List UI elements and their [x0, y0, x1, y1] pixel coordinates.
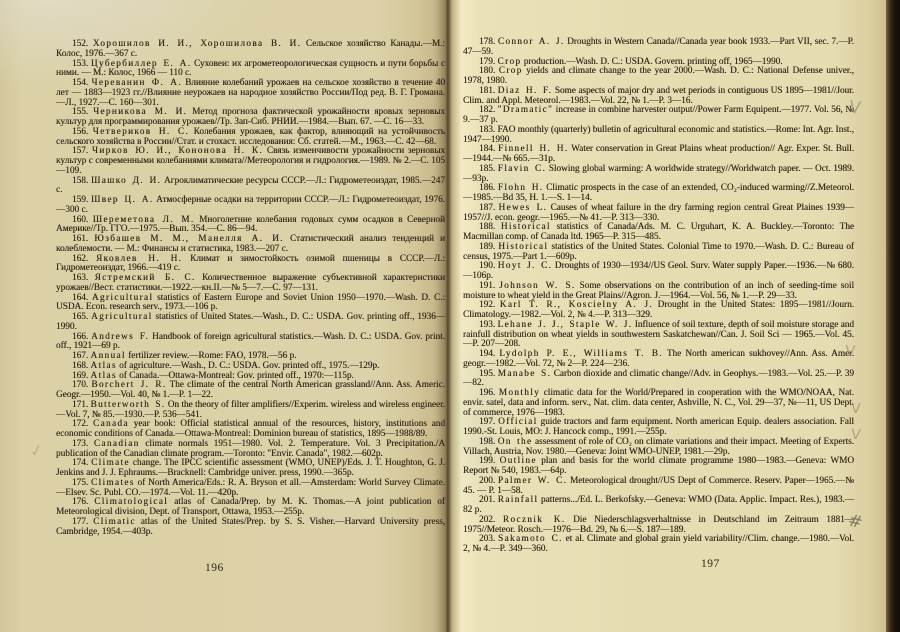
- entry-number: 196.: [479, 388, 495, 398]
- entry-author: Canada: [93, 419, 129, 429]
- bibliography-entry: 176. Climatological atlas of Canada/Prep…: [56, 498, 445, 518]
- entry-author: Climates: [91, 478, 135, 488]
- bibliography-entry: 172. Canada year book: Official statisti…: [56, 420, 445, 440]
- entry-author: Monthly: [499, 388, 540, 398]
- entry-number: 155.: [72, 107, 88, 117]
- entry-author: Crop: [499, 66, 523, 76]
- bibliography-entry: 160. Шереметова Л. М. Многолетние колеба…: [56, 216, 445, 236]
- bibliography-entry: 195. Manabe S. Carbon dioxide and climat…: [463, 370, 854, 390]
- entry-author: Karl T. R., Koscielny A. J.: [500, 300, 653, 310]
- bibliography-entry: 180. Crop yields and climate change to t…: [463, 67, 854, 87]
- entry-number: 162.: [72, 254, 88, 264]
- entry-number: 153.: [72, 59, 88, 69]
- bibliography-entry: 157. Чирков Ю. И., Кононова Н. К. Связь …: [56, 147, 445, 176]
- entry-number: 203.: [479, 534, 495, 544]
- bibliography-entry: 184. Finnell H. H. Water conservation in…: [463, 145, 854, 165]
- entry-number: 194.: [479, 349, 495, 359]
- entry-number: 154.: [72, 78, 88, 88]
- entry-number: 175.: [72, 478, 88, 488]
- entry-number: 180.: [479, 66, 495, 76]
- entry-author: Connor A. J.: [498, 37, 565, 47]
- bibliography-entry: 194. Lydolph P. E., Williams T. B. The N…: [463, 350, 854, 370]
- entry-number: 152.: [72, 39, 88, 49]
- bibliography-entry: 191. Johnson W. S. Some observations on …: [463, 282, 854, 302]
- entry-number: 165.: [72, 312, 88, 322]
- entry-author: Flohn H.: [498, 183, 544, 193]
- entry-number: 170.: [72, 380, 88, 390]
- entry-author: Agricultural: [92, 293, 153, 303]
- entry-author: Official: [498, 417, 537, 427]
- entry-number: 157.: [72, 146, 88, 156]
- entry-number: 184.: [479, 144, 495, 154]
- bibliography-entry: 175. Climates of North America/Eds.: R. …: [56, 479, 445, 499]
- bibliography-entry: 159. Швер Ц. А. Атмосферные осадки на те…: [56, 196, 445, 216]
- bibliography-entry: 203. Sakamoto C. et al. Climate and glob…: [463, 535, 854, 555]
- entry-number: 185.: [479, 164, 495, 174]
- entry-number: 169.: [72, 371, 88, 381]
- bibliography-entry: 188. Historical statistics of Canada/Ads…: [463, 223, 854, 243]
- entry-author: Agricultural: [91, 312, 152, 322]
- bibliography-entry: 200. Palmer W. C. Meteorological drought…: [463, 477, 854, 497]
- entry-number: 191.: [479, 281, 495, 291]
- bibliography-entry: 162. Яковлев Н. Н. Климат и зимостойкост…: [56, 255, 445, 275]
- entry-author: Lehane J. J., Staple W. J.: [498, 320, 633, 330]
- entry-author: Шашко Д. И.: [91, 176, 161, 186]
- bibliography-entry: 185. Flavin C. Slowing global warming: A…: [463, 165, 854, 185]
- entry-number: 167.: [72, 351, 88, 361]
- entry-number: 174.: [72, 458, 88, 468]
- bibliography-entry: 182. "Dramatic" increase in combine harv…: [463, 106, 854, 126]
- bibliography-entry: 177. Climatic atlas of the United States…: [56, 518, 445, 538]
- bibliography-entry: 193. Lehane J. J., Staple W. J. Influenc…: [463, 321, 854, 350]
- left-page-entries: 152. Хорошилов И. И., Хорошилова В. И. С…: [56, 40, 445, 537]
- entry-author: Climatic: [93, 517, 136, 527]
- entry-number: 164.: [72, 293, 88, 303]
- entry-author: Юзбашев М. М., Манелля А. И.: [94, 234, 284, 244]
- entry-number: 202.: [479, 515, 495, 525]
- entry-author: Outline: [500, 456, 537, 466]
- entry-number: 192.: [479, 300, 495, 310]
- entry-author: Atlas: [91, 361, 117, 371]
- entry-author: Rainfall: [498, 495, 539, 505]
- entry-number: 160.: [72, 215, 88, 225]
- entry-author: Flavin C.: [498, 164, 546, 174]
- entry-number: 182.: [479, 105, 495, 115]
- bibliography-entry: 161. Юзбашев М. М., Манелля А. И. Статис…: [56, 235, 445, 255]
- bibliography-entry: 187. Hewes L. Causes of wheat failure in…: [463, 204, 854, 224]
- bibliography-entry: 155. Черникова М. И. Метод прогноза факт…: [56, 108, 445, 128]
- entry-number: 158.: [72, 176, 88, 186]
- entry-author: Черникова М. И.: [93, 107, 187, 117]
- entry-author: Шереметова Л. М.: [93, 215, 195, 225]
- bibliography-entry: 158. Шашко Д. И. Агроклиматические ресур…: [56, 177, 445, 197]
- entry-number: 163.: [72, 273, 88, 283]
- bibliography-entry: 196. Monthly climatic data for the World…: [463, 389, 854, 418]
- bibliography-entry: 192. Karl T. R., Koscielny A. J. Drought…: [463, 301, 854, 321]
- entry-author: Rocznik K.: [503, 515, 566, 525]
- bibliography-entry: 201. Rainfall patterns.../Ed. L. Berkofs…: [463, 496, 854, 516]
- bibliography-entry: 202. Rocznik K. Die Niederschlagsverhalt…: [463, 516, 854, 536]
- entry-number: 195.: [479, 369, 495, 379]
- page-number-left: 196: [205, 562, 224, 574]
- entry-author: Diaz H. F.: [498, 86, 553, 96]
- entry-number: 186.: [479, 183, 495, 193]
- entry-author: Annual: [91, 351, 126, 361]
- page-number-right: 197: [701, 558, 720, 570]
- entry-number: 173.: [72, 439, 88, 449]
- bibliography-entry: 164. Agricultural statistics of Eastern …: [56, 294, 445, 314]
- entry-author: Finnell H. H.: [498, 144, 568, 154]
- entry-number: 197.: [479, 417, 495, 427]
- bibliography-entry: 178. Connor A. J. Droughts in Western Ca…: [463, 38, 854, 58]
- entry-author: Ястремский Б. С.: [95, 273, 196, 283]
- entry-author: Historical: [501, 222, 551, 232]
- bibliography-entry: 197. Official guide tractors and farm eq…: [463, 418, 854, 438]
- bibliography-entry: 173. Canadian climate normals 1951—1980.…: [56, 440, 445, 460]
- bibliography-entry: 189. Historical statistics of the United…: [463, 243, 854, 263]
- bibliography-entry: 153. Цубербиллер Е. А. Суховеи: их агром…: [56, 60, 445, 80]
- entry-number: 189.: [479, 242, 495, 252]
- bibliography-entry: 171. Butterworth S. On the theory of fil…: [56, 401, 445, 421]
- entry-author: Canadian: [94, 439, 140, 449]
- entry-number: 188.: [479, 222, 495, 232]
- entry-number: 179.: [479, 57, 495, 67]
- entry-number: 177.: [72, 517, 88, 527]
- entry-author: On the: [498, 437, 533, 447]
- bibliography-entry: 154. Череванин Ф. А. Влияние колебаний у…: [56, 79, 445, 108]
- entry-number: 178.: [479, 37, 495, 47]
- bibliography-entry: 198. On the assessment of role of CO₂ on…: [463, 438, 854, 458]
- bibliography-entry: 165. Agricultural statistics of United S…: [56, 313, 445, 333]
- entry-author: Чирков Ю. И., Кононова Н. К.: [92, 146, 263, 156]
- entry-author: Borchert J. R.: [91, 380, 166, 390]
- bibliography-entry: 174. Climate change. The IPCC scientific…: [56, 459, 445, 479]
- entry-number: 166.: [72, 332, 88, 342]
- entry-author: Хорошилов И. И., Хорошилова В. И.: [93, 39, 301, 49]
- bibliography-entry: 156. Четвериков Н. С. Колебания урожаев,…: [56, 128, 445, 148]
- entry-author: Manabe S.: [498, 369, 551, 379]
- right-page-entries: 178. Connor A. J. Droughts in Western Ca…: [463, 38, 854, 555]
- entry-author: Швер Ц. А.: [91, 195, 153, 205]
- entry-author: Цубербиллер Е. А.: [91, 59, 191, 69]
- entry-author: "Dramatic": [498, 105, 553, 115]
- entry-author: Hoyt J. C.: [498, 261, 553, 271]
- entry-number: 156.: [72, 127, 88, 137]
- bibliography-entry: 163. Ястремский Б. С. Количественное выр…: [56, 274, 445, 294]
- entry-author: Butterworth S.: [91, 400, 166, 410]
- entry-number: 198.: [479, 437, 495, 447]
- entry-number: 181.: [479, 86, 495, 96]
- entry-number: 159.: [72, 195, 88, 205]
- book-edge: [886, 0, 900, 632]
- entry-author: Johnson W. S.: [499, 281, 575, 291]
- entry-author: Climatological: [94, 497, 168, 507]
- entry-author: Sakamoto C.: [498, 534, 563, 544]
- bibliography-entry: 199. Outline plan and basis for the worl…: [463, 457, 854, 477]
- entry-number: 193.: [479, 320, 495, 330]
- bibliography-entry: 170. Borchert J. R. The climate of the c…: [56, 381, 445, 401]
- entry-author: Lydolph P. E., Williams T. B.: [499, 349, 663, 359]
- entry-number: 199.: [479, 456, 495, 466]
- entry-author: Hewes L.: [498, 203, 547, 213]
- book-spread: 152. Хорошилов И. И., Хорошилова В. И. С…: [0, 0, 900, 632]
- entry-number: 176.: [72, 497, 88, 507]
- entry-author: Череванин Ф. А.: [91, 78, 181, 88]
- bibliography-entry: 183. FAO monthly (quarterly) bulletin of…: [463, 126, 854, 146]
- entry-number: 183.: [479, 125, 495, 135]
- bibliography-entry: 186. Flohn H. Climatic prospects in the …: [463, 184, 854, 204]
- entry-author: Climate: [91, 458, 130, 468]
- bibliography-entry: 190. Hoyt J. C. Droughts of 1930—1934//U…: [463, 262, 854, 282]
- entry-number: 201.: [479, 495, 495, 505]
- bibliography-entry: 152. Хорошилов И. И., Хорошилова В. И. С…: [56, 40, 445, 60]
- entry-number: 161.: [72, 234, 88, 244]
- entry-number: 171.: [72, 400, 88, 410]
- entry-author: Historical: [498, 242, 548, 252]
- entry-author: Andrews F.: [91, 332, 149, 342]
- bibliography-entry: 181. Diaz H. F. Some aspects of major dr…: [463, 87, 854, 107]
- entry-number: 187.: [479, 203, 495, 213]
- entry-number: 172.: [72, 419, 88, 429]
- entry-author: Crop: [498, 57, 522, 67]
- entry-number: 190.: [479, 261, 495, 271]
- entry-author: Яковлев Н. Н.: [96, 254, 182, 264]
- bibliography-entry: 166. Andrews F. Handbook of foreign agri…: [56, 333, 445, 353]
- entry-number: 168.: [72, 361, 88, 371]
- entry-author: Atlas: [91, 371, 117, 381]
- entry-number: 200.: [479, 476, 495, 486]
- entry-author: Palmer W. C.: [498, 476, 567, 486]
- entry-author: Четвериков Н. С.: [93, 127, 189, 137]
